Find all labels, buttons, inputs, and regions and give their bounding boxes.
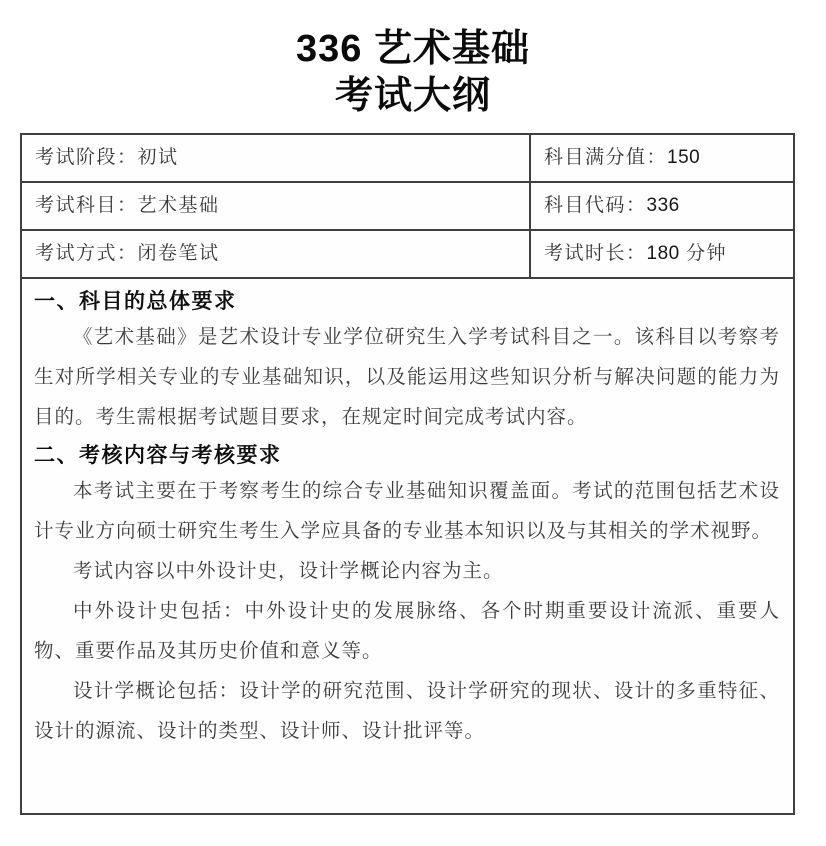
section-2-paragraph-2: 考试内容以中外设计史，设计学概论内容为主。	[34, 552, 780, 592]
exam-stage-label: 考试阶段：	[35, 147, 138, 168]
document-page: { "title": { "line1": "336 艺术基础", "line2…	[0, 0, 826, 846]
cell-subject-code: 科目代码：336	[531, 183, 793, 229]
subject-code-value: 336	[647, 195, 680, 216]
document-box: 考试阶段：初试 科目满分值：150 考试科目：艺术基础 科目代码：336 考试方…	[20, 133, 795, 815]
cell-exam-subject: 考试科目：艺术基础	[22, 183, 531, 229]
page-title: 336 艺术基础 考试大纲	[0, 26, 826, 120]
page-title-line2: 考试大纲	[0, 73, 826, 120]
exam-duration-suffix: 分钟	[680, 243, 727, 264]
exam-subject-label: 考试科目：	[35, 195, 138, 216]
section-2-paragraph-1: 本考试主要在于考察考生的综合专业基础知识覆盖面。考试的范围包括艺术设计专业方向硕…	[34, 472, 780, 552]
table-row-subject-code: 考试科目：艺术基础 科目代码：336	[22, 183, 793, 231]
cell-exam-duration: 考试时长：180 分钟	[531, 231, 793, 277]
subject-code-label: 科目代码：	[544, 195, 647, 216]
full-score-label: 科目满分值：	[544, 147, 667, 168]
cell-exam-stage: 考试阶段：初试	[22, 135, 531, 181]
section-1-heading: 一、科目的总体要求	[34, 287, 780, 316]
cell-exam-method: 考试方式：闭卷笔试	[22, 231, 531, 277]
exam-method-label: 考试方式：	[35, 243, 138, 264]
table-row-method-duration: 考试方式：闭卷笔试 考试时长：180 分钟	[22, 231, 793, 279]
full-score-value: 150	[667, 147, 700, 168]
exam-method-value: 闭卷笔试	[138, 243, 220, 264]
exam-subject-value: 艺术基础	[138, 195, 220, 216]
exam-info-table: 考试阶段：初试 科目满分值：150 考试科目：艺术基础 科目代码：336 考试方…	[22, 135, 793, 279]
section-1-paragraph: 《艺术基础》是艺术设计专业学位研究生入学考试科目之一。该科目以考察考生对所学相关…	[34, 318, 780, 438]
section-2-heading: 二、考核内容与考核要求	[34, 441, 780, 470]
exam-duration-value: 180	[647, 243, 680, 264]
exam-stage-value: 初试	[138, 147, 179, 168]
section-2-paragraph-3: 中外设计史包括：中外设计史的发展脉络、各个时期重要设计流派、重要人物、重要作品及…	[34, 592, 780, 672]
page-title-line1: 336 艺术基础	[0, 26, 826, 73]
table-row-stage-score: 考试阶段：初试 科目满分值：150	[22, 135, 793, 183]
document-body: 一、科目的总体要求 《艺术基础》是艺术设计专业学位研究生入学考试科目之一。该科目…	[22, 279, 793, 752]
cell-full-score: 科目满分值：150	[531, 135, 793, 181]
exam-duration-label: 考试时长：	[544, 243, 647, 264]
section-2-paragraph-4: 设计学概论包括：设计学的研究范围、设计学研究的现状、设计的多重特征、设计的源流、…	[34, 672, 780, 752]
